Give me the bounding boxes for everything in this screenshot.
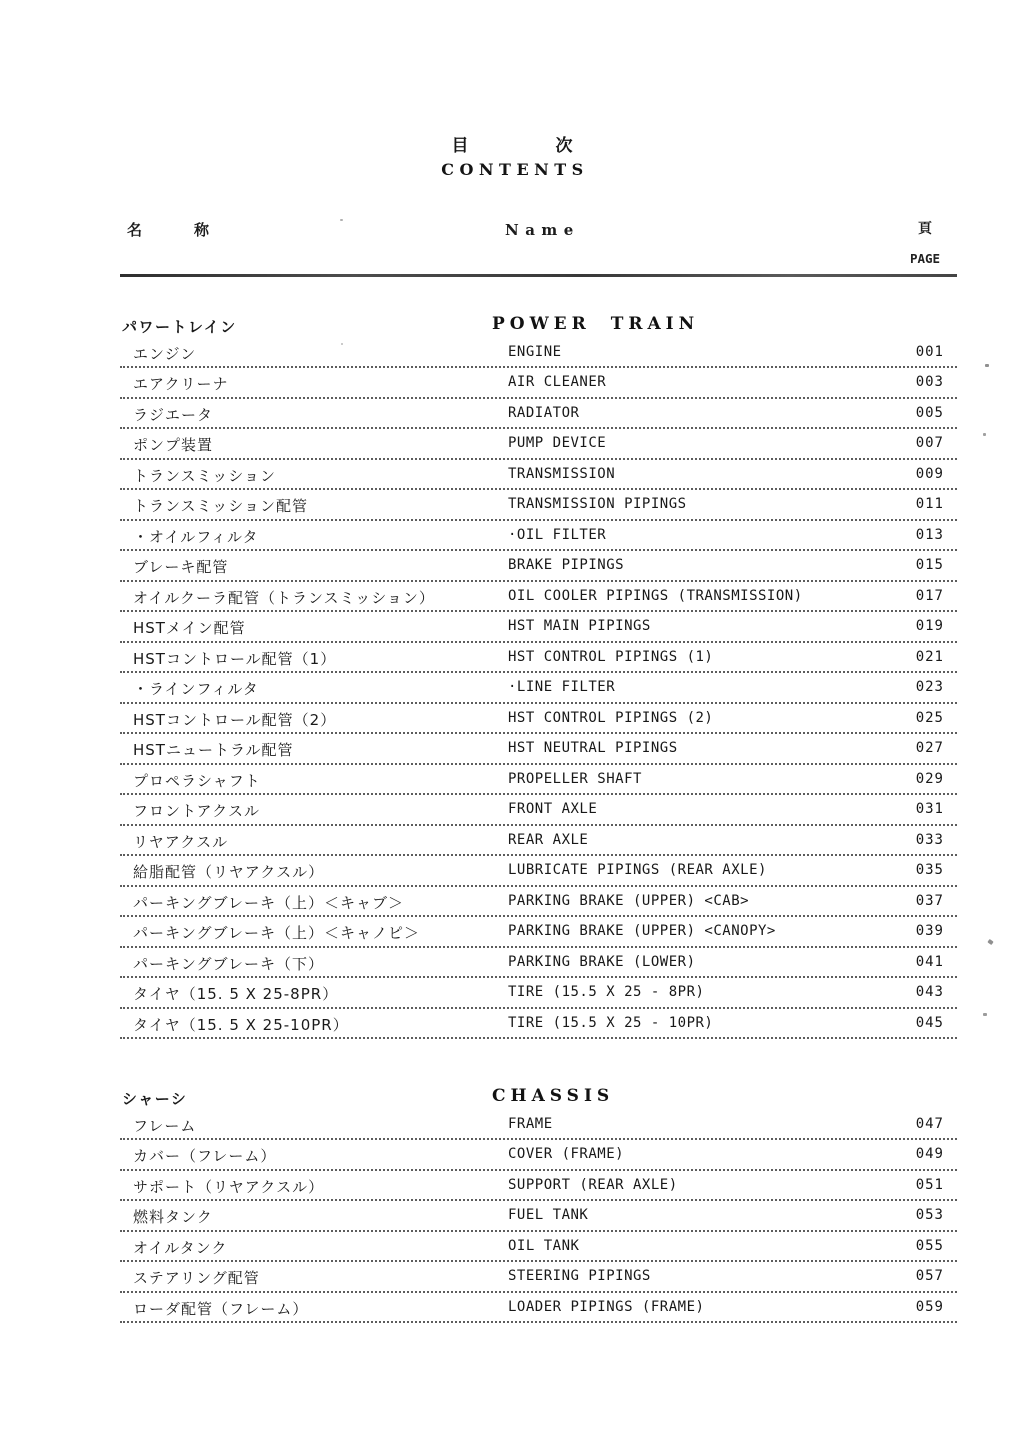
- toc-row: ・ラインフィルタ·LINE FILTER023: [120, 673, 957, 704]
- section-title-japanese: パワートレイン: [122, 316, 237, 337]
- toc-row: ・オイルフィルタ·OIL FILTER013: [120, 521, 957, 552]
- entry-name-english: COVER (FRAME): [508, 1146, 624, 1162]
- entry-name-japanese: トランスミッション配管: [133, 495, 308, 516]
- entry-name-japanese: パーキングブレーキ（下）: [133, 953, 324, 974]
- entry-name-japanese: プロペラシャフト: [133, 770, 261, 791]
- scan-speck: [985, 364, 989, 367]
- entry-name-english: PARKING BRAKE (LOWER): [508, 954, 696, 970]
- toc-row: パーキングブレーキ（下）PARKING BRAKE (LOWER)041: [120, 948, 957, 979]
- entry-name-english: PUMP DEVICE: [508, 435, 606, 451]
- toc-row: ステアリング配管STEERING PIPINGS057: [120, 1262, 957, 1293]
- toc-row: フレームFRAME047: [120, 1110, 957, 1141]
- entry-name-japanese: パーキングブレーキ（上）＜キャブ＞: [133, 892, 404, 913]
- toc-row: オイルクーラ配管（トランスミッション）OIL COOLER PIPINGS (T…: [120, 582, 957, 613]
- toc-row: エンジンENGINE001: [120, 338, 957, 369]
- entry-page-number: 045: [916, 1015, 944, 1031]
- entry-name-english: TRANSMISSION: [508, 466, 615, 482]
- entry-name-japanese: エアクリーナ: [133, 373, 229, 394]
- toc-row: 燃料タンクFUEL TANK053: [120, 1201, 957, 1232]
- entry-name-japanese: ・ラインフィルタ: [133, 678, 259, 699]
- toc-row: パーキングブレーキ（上）＜キャノピ＞PARKING BRAKE (UPPER) …: [120, 917, 957, 948]
- entry-name-japanese: 燃料タンク: [133, 1206, 213, 1227]
- toc-row: HSTコントロール配管（1）HST CONTROL PIPINGS (1)021: [120, 643, 957, 674]
- column-header-page-english: PAGE: [901, 251, 949, 266]
- entry-page-number: 059: [916, 1299, 944, 1315]
- toc-row: HSTコントロール配管（2）HST CONTROL PIPINGS (2)025: [120, 704, 957, 735]
- section-rows: エンジンENGINE001エアクリーナAIR CLEANER003ラジエータRA…: [120, 338, 957, 1040]
- toc-row: ブレーキ配管BRAKE PIPINGS015: [120, 551, 957, 582]
- toc-row: エアクリーナAIR CLEANER003: [120, 368, 957, 399]
- entry-name-english: TIRE (15.5 X 25 - 8PR): [508, 984, 704, 1000]
- toc-row: トランスミッションTRANSMISSION009: [120, 460, 957, 491]
- section-rows: フレームFRAME047カバー（フレーム）COVER (FRAME)049サポー…: [120, 1110, 957, 1324]
- entry-name-english: STEERING PIPINGS: [508, 1268, 651, 1284]
- section-title-english: POWER TRAIN: [492, 314, 699, 334]
- entry-page-number: 005: [916, 405, 944, 421]
- entry-page-number: 051: [916, 1177, 944, 1193]
- entry-name-english: LOADER PIPINGS (FRAME): [508, 1299, 704, 1315]
- scan-speck: [341, 343, 343, 345]
- entry-page-number: 049: [916, 1146, 944, 1162]
- entry-name-japanese: ローダ配管（フレーム）: [133, 1298, 308, 1319]
- entry-name-japanese: トランスミッション: [133, 465, 276, 486]
- entry-name-english: REAR AXLE: [508, 832, 588, 848]
- entry-page-number: 017: [916, 588, 944, 604]
- entry-name-english: ·LINE FILTER: [508, 679, 615, 695]
- entry-page-number: 007: [916, 435, 944, 451]
- entry-page-number: 003: [916, 374, 944, 390]
- entry-name-english: TIRE (15.5 X 25 - 10PR): [508, 1015, 713, 1031]
- toc-row: プロペラシャフトPROPELLER SHAFT029: [120, 765, 957, 796]
- entry-name-english: ·OIL FILTER: [508, 527, 606, 543]
- section-header: パワートレインPOWER TRAIN: [120, 315, 957, 338]
- entry-name-english: BRAKE PIPINGS: [508, 557, 624, 573]
- entry-page-number: 031: [916, 801, 944, 817]
- entry-name-japanese: カバー（フレーム）: [133, 1145, 276, 1166]
- entry-name-english: OIL TANK: [508, 1238, 579, 1254]
- entry-name-english: RADIATOR: [508, 405, 579, 421]
- toc-row: オイルタンクOIL TANK055: [120, 1232, 957, 1263]
- entry-page-number: 025: [916, 710, 944, 726]
- section-title-english: CHASSIS: [492, 1086, 614, 1106]
- entry-name-english: FRAME: [508, 1116, 553, 1132]
- column-header-name-english: Name: [505, 221, 580, 239]
- entry-page-number: 053: [916, 1207, 944, 1223]
- entry-page-number: 009: [916, 466, 944, 482]
- toc-row: フロントアクスルFRONT AXLE031: [120, 795, 957, 826]
- entry-page-number: 055: [916, 1238, 944, 1254]
- entry-page-number: 057: [916, 1268, 944, 1284]
- toc-row: サポート（リヤアクスル）SUPPORT (REAR AXLE)051: [120, 1171, 957, 1202]
- entry-name-japanese: ポンプ装置: [133, 434, 213, 455]
- entry-page-number: 011: [916, 496, 944, 512]
- scan-speck: [983, 1013, 987, 1016]
- toc-row: タイヤ（15. 5 X 25-8PR）TIRE (15.5 X 25 - 8PR…: [120, 978, 957, 1009]
- entry-page-number: 033: [916, 832, 944, 848]
- entry-name-japanese: リヤアクスル: [133, 831, 228, 852]
- entry-page-number: 043: [916, 984, 944, 1000]
- entry-name-japanese: ・オイルフィルタ: [133, 526, 258, 547]
- entry-name-english: PROPELLER SHAFT: [508, 771, 642, 787]
- toc-row: パーキングブレーキ（上）＜キャブ＞PARKING BRAKE (UPPER) <…: [120, 887, 957, 918]
- entry-name-english: AIR CLEANER: [508, 374, 606, 390]
- entry-name-english: FRONT AXLE: [508, 801, 597, 817]
- column-header-page-japanese: 頁: [901, 218, 949, 238]
- document-page: 目次 CONTENTS 名称 Name 頁 PAGE パワートレインPOWER …: [0, 0, 1024, 1449]
- toc-row: トランスミッション配管TRANSMISSION PIPINGS011: [120, 490, 957, 521]
- entry-name-english: HST CONTROL PIPINGS (1): [508, 649, 713, 665]
- entry-name-english: SUPPORT (REAR AXLE): [508, 1177, 678, 1193]
- entry-name-japanese: HSTニュートラル配管: [133, 739, 294, 760]
- entry-page-number: 041: [916, 954, 944, 970]
- entry-page-number: 001: [916, 344, 944, 360]
- toc-row: HSTニュートラル配管HST NEUTRAL PIPINGS027: [120, 734, 957, 765]
- toc-row: 給脂配管（リヤアクスル）LUBRICATE PIPINGS (REAR AXLE…: [120, 856, 957, 887]
- entry-name-japanese: ラジエータ: [133, 404, 213, 425]
- header-divider-rule: [120, 274, 957, 277]
- entry-name-japanese: フロントアクスル: [133, 800, 260, 821]
- entry-page-number: 047: [916, 1116, 944, 1132]
- entry-page-number: 013: [916, 527, 944, 543]
- entry-name-japanese: HSTコントロール配管（1）: [133, 648, 336, 669]
- entry-name-english: PARKING BRAKE (UPPER) <CAB>: [508, 893, 749, 909]
- entry-name-japanese: エンジン: [133, 343, 196, 364]
- entry-name-japanese: 給脂配管（リヤアクスル）: [133, 861, 324, 882]
- entry-name-japanese: オイルタンク: [133, 1237, 227, 1258]
- entry-name-english: FUEL TANK: [508, 1207, 588, 1223]
- toc-section: パワートレインPOWER TRAINエンジンENGINE001エアクリーナAIR…: [120, 315, 957, 1039]
- scan-speck: [983, 433, 986, 436]
- toc-row: タイヤ（15. 5 X 25-10PR）TIRE (15.5 X 25 - 10…: [120, 1009, 957, 1040]
- entry-page-number: 019: [916, 618, 944, 634]
- toc-section: シャーシCHASSISフレームFRAME047カバー（フレーム）COVER (F…: [120, 1087, 957, 1323]
- entry-name-japanese: ブレーキ配管: [133, 556, 228, 577]
- entry-name-japanese: HSTコントロール配管（2）: [133, 709, 336, 730]
- entry-name-japanese: オイルクーラ配管（トランスミッション）: [133, 587, 435, 608]
- entry-name-english: TRANSMISSION PIPINGS: [508, 496, 687, 512]
- entry-name-english: OIL COOLER PIPINGS (TRANSMISSION): [508, 588, 803, 604]
- entry-page-number: 021: [916, 649, 944, 665]
- entry-name-japanese: サポート（リヤアクスル）: [133, 1176, 324, 1197]
- entry-name-english: LUBRICATE PIPINGS (REAR AXLE): [508, 862, 767, 878]
- scan-speck: [987, 939, 993, 945]
- entry-name-japanese: フレーム: [133, 1115, 196, 1136]
- toc-row: ラジエータRADIATOR005: [120, 399, 957, 430]
- toc-row: ローダ配管（フレーム）LOADER PIPINGS (FRAME)059: [120, 1293, 957, 1324]
- entry-name-english: HST NEUTRAL PIPINGS: [508, 740, 678, 756]
- column-header-name-japanese: 名称: [127, 219, 261, 240]
- scan-speck: [340, 219, 343, 221]
- entry-page-number: 023: [916, 679, 944, 695]
- entry-name-english: ENGINE: [508, 344, 562, 360]
- entry-page-number: 035: [916, 862, 944, 878]
- entry-page-number: 015: [916, 557, 944, 573]
- section-title-japanese: シャーシ: [122, 1088, 187, 1109]
- toc-row: カバー（フレーム）COVER (FRAME)049: [120, 1140, 957, 1171]
- contents-table: パワートレインPOWER TRAINエンジンENGINE001エアクリーナAIR…: [120, 315, 957, 1323]
- entry-name-japanese: タイヤ（15. 5 X 25-8PR）: [133, 983, 338, 1004]
- entry-name-japanese: HSTメイン配管: [133, 617, 246, 638]
- entry-page-number: 029: [916, 771, 944, 787]
- entry-name-english: PARKING BRAKE (UPPER) <CANOPY>: [508, 923, 776, 939]
- entry-page-number: 037: [916, 893, 944, 909]
- entry-page-number: 027: [916, 740, 944, 756]
- entry-name-japanese: ステアリング配管: [133, 1267, 260, 1288]
- entry-name-japanese: パーキングブレーキ（上）＜キャノピ＞: [133, 922, 420, 943]
- toc-row: ポンプ装置PUMP DEVICE007: [120, 429, 957, 460]
- toc-row: HSTメイン配管HST MAIN PIPINGS019: [120, 612, 957, 643]
- entry-name-english: HST MAIN PIPINGS: [508, 618, 651, 634]
- page-title: CONTENTS: [0, 160, 1024, 179]
- entry-name-english: HST CONTROL PIPINGS (2): [508, 710, 713, 726]
- toc-row: リヤアクスルREAR AXLE033: [120, 826, 957, 857]
- section-header: シャーシCHASSIS: [120, 1087, 957, 1110]
- entry-page-number: 039: [916, 923, 944, 939]
- page-title-japanese: 目次: [0, 131, 1024, 156]
- entry-name-japanese: タイヤ（15. 5 X 25-10PR）: [133, 1014, 349, 1035]
